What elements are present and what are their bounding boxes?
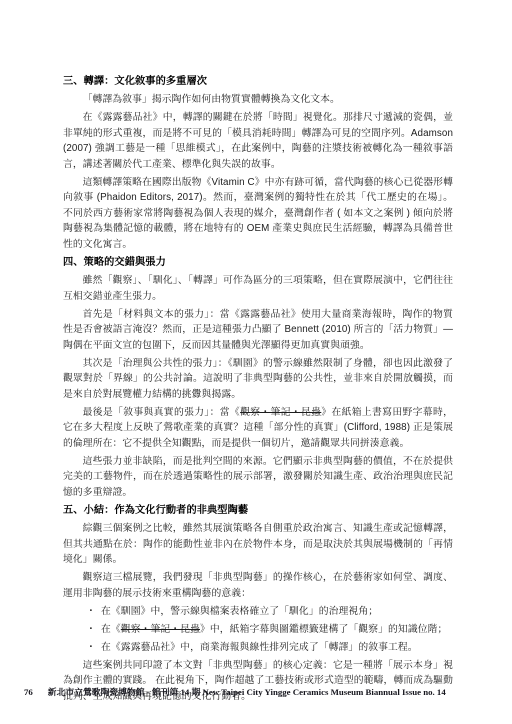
page-footer: 76新北市立鶯歌陶瓷博物館 - 館刊第 14 期 New Taipei City… bbox=[24, 685, 494, 698]
section-heading-tension: 四、策略的交錯與張力 bbox=[63, 255, 453, 271]
list-item: 在《露露藝品社》中，商業海報與線性排列完成了「轉譯」的敘事工程。 bbox=[101, 640, 453, 656]
paragraph-with-strikethrough: 最後是「敘事與真實的張力」：當《觀察・筆記・昆蟲》在紙箱上書寫田野字幕時，它在多… bbox=[63, 405, 453, 452]
list-item: 在《馴園》中，警示線與檔案表格確立了「馴化」的治理視角； bbox=[101, 604, 453, 620]
list-item-with-strikethrough: 在《觀察・筆記・昆蟲》中，紙箱字幕與圖鑑標籤建構了「觀察」的知識位階； bbox=[101, 622, 453, 638]
page-body-text: 三、轉譯：文化敘事的多重層次 「轉譯為敘事」揭示陶作如何由物質實體轉換為文化文本… bbox=[63, 71, 453, 707]
paragraph: 這些張力並非缺陷，而是批判空間的來源。它們顯示非典型陶藝的價值，不在於提供完美的… bbox=[63, 454, 453, 501]
page-number: 76 bbox=[24, 687, 33, 697]
paragraph: 首先是「材料與文本的張力」：當《露露藝品社》使用大量商業海報時，陶作的物質性是否… bbox=[63, 307, 453, 354]
section-heading-conclusion: 五、小結：作為文化行動者的非典型陶藝 bbox=[63, 503, 453, 519]
journal-title-zh: 新北市立鶯歌陶瓷博物館 - 館刊第 14 期 bbox=[48, 687, 200, 697]
journal-title-en: New Taipei City Yingge Ceramics Museum B… bbox=[202, 687, 445, 697]
paragraph: 在《露露藝品社》中，轉譯的關鍵在於將「時間」視覺化。那排尺寸遞減的瓷偶，並非單純… bbox=[63, 110, 453, 172]
paragraph: 綜觀三個案例之比較，雖然其展演策略各自側重於政治寓言、知識生產或記憶轉譯，但其共… bbox=[63, 521, 453, 568]
paragraph: 其次是「治理與公共性的張力」：《馴園》的警示線雖然限制了身體，卻也因此激發了觀眾… bbox=[63, 356, 453, 403]
paragraph: 「轉譯為敘事」揭示陶作如何由物質實體轉換為文化文本。 bbox=[63, 92, 453, 108]
struck-artwork-title: 觀察・筆記・昆蟲 bbox=[121, 624, 200, 635]
paragraph: 觀察這三檔展覽，我們發現「非典型陶藝」的操作核心，在於藝術家如何堂、調度、運用非… bbox=[63, 570, 453, 601]
struck-artwork-title: 觀察・筆記・昆蟲 bbox=[240, 407, 321, 418]
paragraph: 這類轉譯策略在國際出版物《Vitamin C》中亦有跡可循，當代陶藝的核心已從器… bbox=[63, 175, 453, 253]
journal-page: 三、轉譯：文化敘事的多重層次 「轉譯為敘事」揭示陶作如何由物質實體轉換為文化文本… bbox=[0, 0, 512, 724]
paragraph: 雖然「觀察」、「馴化」、「轉譯」可作為區分的三項策略，但在實際展演中，它們往往互… bbox=[63, 273, 453, 304]
section-heading-translation: 三、轉譯：文化敘事的多重層次 bbox=[63, 74, 453, 90]
bullet-list: 在《馴園》中，警示線與檔案表格確立了「馴化」的治理視角； 在《觀察・筆記・昆蟲》… bbox=[63, 604, 453, 656]
